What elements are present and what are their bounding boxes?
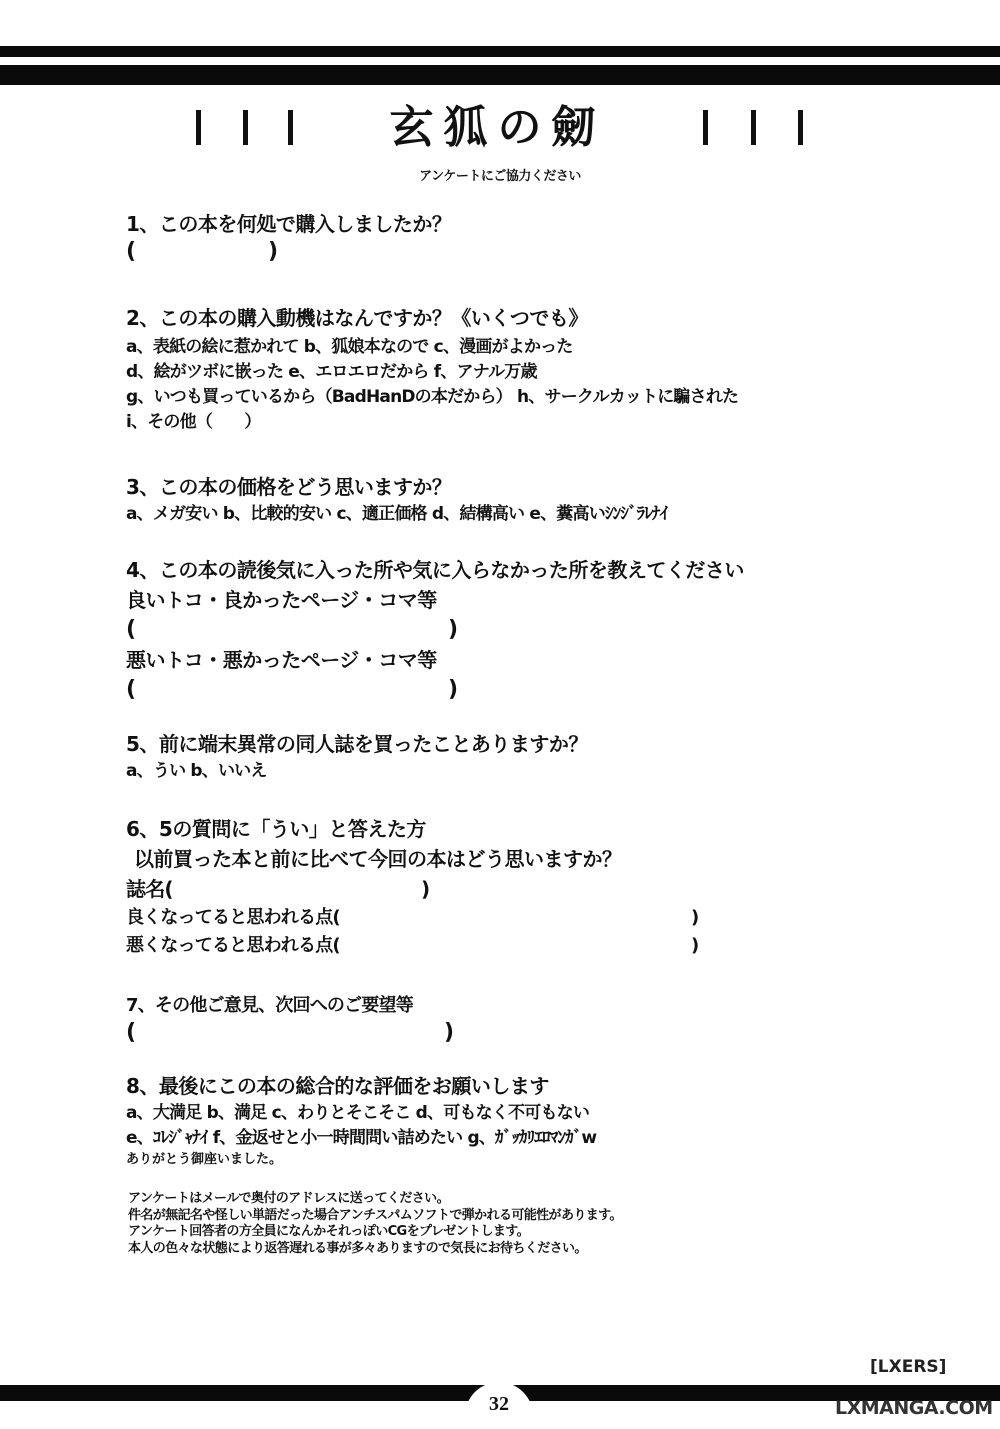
note-line: 件名が無記名や怪しい単語だった場合アンチスパムソフトで弾かれる可能性があります。 xyxy=(128,1208,622,1225)
note-line: アンケートはメールで奥付のアドレスに送ってください。 xyxy=(128,1191,622,1208)
page-subtitle: アンケートにご協力ください xyxy=(300,165,700,184)
question-5: 5、前に端末異常の同人誌を買ったことありますか？ a、うい b、いいえ xyxy=(126,731,588,784)
improved-points-field[interactable]: 良くなってると思われる点( ) xyxy=(126,904,622,932)
feedback-blank[interactable]: ( ) xyxy=(126,1018,466,1048)
ornament-line-left-2 xyxy=(243,110,248,145)
note-line: アンケート回答者の方全員になんかそれっぽいCGをプレゼントします。 xyxy=(128,1224,622,1241)
good-points-label: 良いトコ・良かったページ・コマ等 xyxy=(126,585,744,615)
bad-points-blank[interactable]: ( ) xyxy=(126,675,466,705)
watermark-site: LXMANGA.COM xyxy=(835,1396,993,1420)
option-line: i、その他（ ） xyxy=(126,410,738,435)
option-line: a、メガ安い b、比較的安い c、適正価格 d、結構高い e、糞高いｼﾝｼﾞﾗﾚ… xyxy=(126,502,667,527)
question-heading: 5、前に端末異常の同人誌を買ったことありますか？ xyxy=(126,731,588,757)
question-7: 7、その他ご意見、次回へのご要望等 ( ) xyxy=(126,993,466,1048)
question-heading: 1、この本を何処で購入しましたか？ xyxy=(126,211,451,237)
question-heading: 6、5の質問に「うい」と答えた方 xyxy=(126,816,622,842)
question-heading: 7、その他ご意見、次回へのご要望等 xyxy=(126,993,466,1018)
page-title: 玄狐の劒 xyxy=(315,100,680,156)
note-line: 本人の色々な状態により返答遅れる事が多々ありますので気長にお待ちください。 xyxy=(128,1241,622,1258)
header-rule-thin xyxy=(0,46,1000,57)
watermark-lxers: [LXERS] xyxy=(870,1357,946,1377)
thanks-text: ありがとう御座いました。 xyxy=(126,1151,596,1169)
question-2: 2、この本の購入動機はなんですか？《いくつでも》 a、表紙の絵に惹かれて b、狐… xyxy=(126,305,738,435)
question-8: 8、最後にこの本の総合的な評価をお願いします a、大満足 b、満足 c、わりとそ… xyxy=(126,1073,596,1169)
option-line: a、大満足 b、満足 c、わりとそこそこ d、可もなく不可もない xyxy=(126,1101,596,1126)
question-6: 6、5の質問に「うい」と答えた方 以前買った本と前に比べて今回の本はどう思います… xyxy=(126,816,622,960)
question-heading: 8、最後にこの本の総合的な評価をお願いします xyxy=(126,1073,596,1099)
option-line: d、絵がツボに嵌った e、エロエロだから f、アナル万歳 xyxy=(126,360,738,385)
question-4: 4、この本の読後気に入った所や気に入らなかった所を教えてください 良いトコ・良か… xyxy=(126,557,744,705)
option-line: a、表紙の絵に惹かれて b、狐娘本なので c、漫画がよかった xyxy=(126,335,738,360)
worsened-points-field[interactable]: 悪くなってると思われる点( ) xyxy=(126,932,622,960)
option-line: a、うい b、いいえ xyxy=(126,759,588,784)
page-number: 32 xyxy=(465,1390,533,1418)
option-line: e、ｺﾚｼﾞｬﾅｲ f、金返せと小一時間問い詰めたい g、ｶﾞｯｶﾘｴﾛﾏﾝｶﾞ… xyxy=(126,1126,596,1151)
question-3: 3、この本の価格をどう思いますか？ a、メガ安い b、比較的安い c、適正価格 … xyxy=(126,474,667,527)
question-heading: 4、この本の読後気に入った所や気に入らなかった所を教えてください xyxy=(126,557,744,583)
question-heading: 2、この本の購入動機はなんですか？《いくつでも》 xyxy=(126,305,738,331)
question-heading: 3、この本の価格をどう思いますか？ xyxy=(126,474,667,500)
ornament-line-right-2 xyxy=(751,110,756,145)
ornament-line-left-1 xyxy=(196,110,201,145)
ornament-line-right-3 xyxy=(798,110,803,145)
question-1: 1、この本を何処で購入しましたか？ ( ) xyxy=(126,211,451,267)
notes-block: アンケートはメールで奥付のアドレスに送ってください。 件名が無記名や怪しい単語だ… xyxy=(128,1191,622,1257)
header-rule-thick xyxy=(0,65,1000,85)
title-field[interactable]: 誌名( ) xyxy=(126,874,622,904)
option-line: g、いつも買っているから（BadHanDの本だから） h、サークルカットに騙され… xyxy=(126,385,738,410)
question-subheading: 以前買った本と前に比べて今回の本はどう思いますか？ xyxy=(126,846,622,872)
ornament-line-left-3 xyxy=(288,110,293,145)
bad-points-label: 悪いトコ・悪かったページ・コマ等 xyxy=(126,645,744,675)
good-points-blank[interactable]: ( ) xyxy=(126,615,466,645)
answer-blank[interactable]: ( ) xyxy=(126,237,286,267)
ornament-line-right-1 xyxy=(703,110,708,145)
